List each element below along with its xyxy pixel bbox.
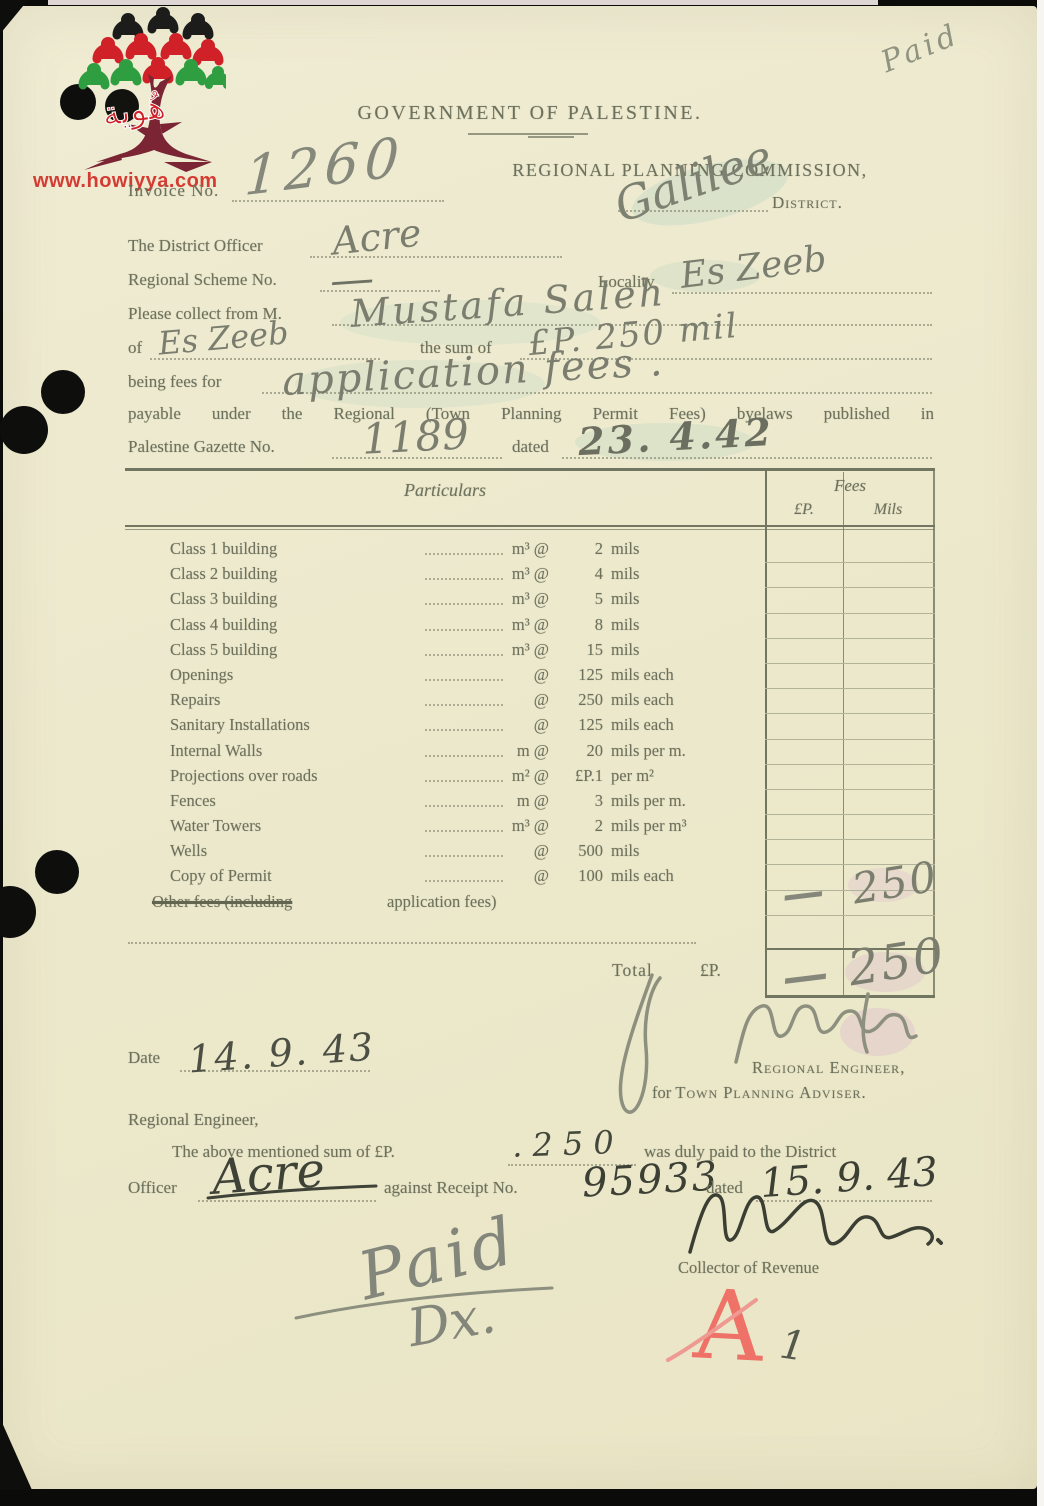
row-label: Class 1 building xyxy=(170,539,277,559)
table-row: Repairs@250mils each xyxy=(125,688,935,713)
invoice-label: Invoice No. xyxy=(128,181,219,201)
mils-header: Mils xyxy=(843,501,933,519)
row-dotted-leader xyxy=(425,568,503,580)
fees-pounds-cell xyxy=(765,713,843,739)
fees-pounds-cell xyxy=(765,814,843,840)
row-label: Class 3 building xyxy=(170,589,277,609)
fees-pounds-cell xyxy=(765,537,843,563)
fees-mils-cell xyxy=(843,663,935,689)
row-unit: m³ @ xyxy=(503,589,549,609)
row-label: Internal Walls xyxy=(170,741,262,761)
row-unit: m³ @ xyxy=(503,816,549,836)
fees-pounds-cell xyxy=(765,638,843,664)
fees-pounds-cell xyxy=(765,789,843,815)
fees-pounds-cell xyxy=(765,688,843,714)
row-rate-amount: 500 xyxy=(553,841,603,861)
row-rate-per: mils xyxy=(611,539,639,559)
row-dotted-leader xyxy=(425,845,503,857)
row-rate-per: mils xyxy=(611,841,639,861)
receipt-date-value: 15. 9. 43 xyxy=(759,1152,939,1204)
scheme-label: Regional Scheme No. xyxy=(128,270,277,290)
table-row: Class 5 buildingm³ @15mils xyxy=(125,638,935,663)
row-rate-per: mils each xyxy=(611,715,674,735)
row-dotted-leader xyxy=(425,770,503,782)
row-unit: m³ @ xyxy=(503,564,549,584)
row-rate-amount: 8 xyxy=(553,615,603,635)
row-rate-per: mils per m. xyxy=(611,791,686,811)
row-label: Projections over roads xyxy=(170,766,318,786)
fees-mils-cell xyxy=(843,814,935,840)
scan-edge-right-strip xyxy=(1037,0,1044,1506)
row-dotted-leader xyxy=(425,543,503,555)
row-dotted-leader xyxy=(425,669,503,681)
gazette-no-value: 1189 xyxy=(361,413,470,461)
row-unit: @ xyxy=(503,841,549,861)
punch-hole xyxy=(0,406,48,454)
row-dotted-leader xyxy=(425,719,503,731)
row-label: Sanitary Installations xyxy=(170,715,310,735)
officer-value: Acre xyxy=(210,1146,326,1202)
row-label: Other fees (including xyxy=(152,892,292,912)
row-dotted-leader xyxy=(425,745,503,757)
fees-mils-cell xyxy=(843,587,935,613)
howiyya-tree-logo: هُوية xyxy=(36,4,226,176)
row-dotted-leader xyxy=(425,593,503,605)
row-label: Openings xyxy=(170,665,233,685)
district-label: District. xyxy=(772,193,843,213)
table-header-underline-2 xyxy=(125,529,935,530)
table-row: Class 3 buildingm³ @5mils xyxy=(125,587,935,612)
table-row: Class 2 buildingm³ @4mils xyxy=(125,562,935,587)
row-label: Repairs xyxy=(170,690,220,710)
row-unit: @ xyxy=(503,665,549,685)
row-rate-per: mils per m³ xyxy=(611,816,687,836)
row-dotted-leader xyxy=(425,619,503,631)
table-row: Internal Wallsm @20mils per m. xyxy=(125,739,935,764)
row-unit: @ xyxy=(503,866,549,886)
row-unit: @ xyxy=(503,715,549,735)
row-label: Class 2 building xyxy=(170,564,277,584)
row-rate-amount: 5 xyxy=(553,589,603,609)
fees-mils-cell xyxy=(843,688,935,714)
receipt-no-value: 95933 xyxy=(581,1156,720,1203)
table-row: Fencesm @3mils per m. xyxy=(125,789,935,814)
fees-pounds-cell xyxy=(765,764,843,790)
table-row: Class 1 buildingm³ @2mils xyxy=(125,537,935,562)
paid-stamp-initials: Dx. xyxy=(404,1289,499,1355)
for-word: for xyxy=(652,1083,671,1102)
date-label: Date xyxy=(128,1048,160,1068)
row-rate-per: mils xyxy=(611,589,639,609)
table-row: Water Towersm³ @2mils per m³ xyxy=(125,814,935,839)
row-rate-per: mils xyxy=(611,615,639,635)
row-unit: @ xyxy=(503,690,549,710)
officer-label: Officer xyxy=(128,1178,177,1198)
row-dotted-leader xyxy=(425,644,503,656)
row-rate-per: mils xyxy=(611,564,639,584)
total-mils-value: 250 xyxy=(845,931,949,994)
row-rate-amount: 125 xyxy=(553,715,603,735)
row-label: Class 5 building xyxy=(170,640,277,660)
fees-pounds-cell xyxy=(765,663,843,689)
row-label: Class 4 building xyxy=(170,615,277,635)
punch-hole xyxy=(41,370,85,414)
total-currency-label: £P. xyxy=(700,960,721,981)
row-dotted-leader xyxy=(425,820,503,832)
logo-people-canopy xyxy=(83,7,226,85)
row-unit: m² @ xyxy=(503,766,549,786)
total-pounds-value: — xyxy=(779,949,830,1000)
row-rate-per: mils each xyxy=(611,866,674,886)
receipt-dated-label: dated xyxy=(706,1178,743,1198)
row-rate-amount: 20 xyxy=(553,741,603,761)
row-unit: m³ @ xyxy=(503,615,549,635)
gazette-date-value: 23. 4.42 xyxy=(577,413,775,461)
fees-mils-cell xyxy=(843,613,935,639)
fees-pounds-cell xyxy=(765,739,843,765)
fee-rows: Class 1 buildingm³ @2milsClass 2 buildin… xyxy=(125,537,935,915)
row-rate-amount: 3 xyxy=(553,791,603,811)
table-row: Wells@500mils xyxy=(125,839,935,864)
fees-pounds-cell xyxy=(765,839,843,865)
pounds-header: £P. xyxy=(765,501,843,519)
gazette-dated-label: dated xyxy=(512,437,549,457)
table-row: Openings@125mils each xyxy=(125,663,935,688)
row-rate-per: per m² xyxy=(611,766,654,786)
row-dotted-leader xyxy=(425,795,503,807)
table-row: Class 4 buildingm³ @8mils xyxy=(125,613,935,638)
for-adviser-line: for Town Planning Adviser. xyxy=(652,1083,867,1103)
other-fees-pounds-value: — xyxy=(780,870,827,917)
row-unit: m³ @ xyxy=(503,640,549,660)
receipt-label: against Receipt No. xyxy=(384,1178,518,1198)
fees-for-label: being fees for xyxy=(128,372,221,392)
row-label: Wells xyxy=(170,841,207,861)
row-dotted-leader xyxy=(425,694,503,706)
row-dotted-leader xyxy=(425,870,503,882)
total-label: Total xyxy=(612,960,653,981)
fees-mils-cell xyxy=(843,764,935,790)
table-top-border xyxy=(125,468,935,471)
punch-hole xyxy=(35,850,79,894)
district-officer-label: The District Officer xyxy=(128,236,263,256)
row-rate-amount: £P.1 xyxy=(553,766,603,786)
row-label: Fences xyxy=(170,791,216,811)
particulars-header: Particulars xyxy=(125,480,765,501)
row-rate-per: mils xyxy=(611,640,639,660)
fees-mils-cell xyxy=(843,537,935,563)
row-unit: m @ xyxy=(503,791,549,811)
row-rate-amount: 2 xyxy=(553,539,603,559)
row-label: Water Towers xyxy=(170,816,261,836)
fees-pounds-cell xyxy=(765,613,843,639)
red-letter-mark: A xyxy=(692,1276,766,1375)
fees-mils-cell xyxy=(843,713,935,739)
row-rate-amount: 100 xyxy=(553,866,603,886)
table-row: Projections over roadsm² @£P.1per m² xyxy=(125,764,935,789)
row-rate-amount: 250 xyxy=(553,690,603,710)
fees-mils-cell xyxy=(843,638,935,664)
of-label: of xyxy=(128,338,142,358)
fees-pounds-cell xyxy=(765,562,843,588)
row-rate-amount: 4 xyxy=(553,564,603,584)
fees-pounds-cell xyxy=(765,587,843,613)
row-rate-per: mils each xyxy=(611,690,674,710)
fees-mils-cell xyxy=(843,562,935,588)
row-label: Copy of Permit xyxy=(170,866,272,886)
row-rate-per: mils per m. xyxy=(611,741,686,761)
row-unit: m³ @ xyxy=(503,539,549,559)
engineer-salutation: Regional Engineer, xyxy=(128,1110,259,1130)
fees-header: Fees xyxy=(765,476,935,496)
row-label-tail: application fees) xyxy=(387,892,497,912)
row-rate-amount: 2 xyxy=(553,816,603,836)
empty-row-dotted xyxy=(128,930,696,944)
fees-mils-cell xyxy=(843,739,935,765)
page-title: GOVERNMENT OF PALESTINE. xyxy=(340,102,720,125)
table-header-underline xyxy=(125,525,935,527)
regional-engineer-caps: Regional Engineer, xyxy=(752,1058,905,1078)
row-rate-per: mils each xyxy=(611,665,674,685)
table-row: Sanitary Installations@125mils each xyxy=(125,713,935,738)
gazette-label: Palestine Gazette No. xyxy=(128,437,275,457)
adviser-caps: Town Planning Adviser. xyxy=(675,1083,866,1102)
row-unit: m @ xyxy=(503,741,549,761)
scanned-document: هُوية www.howiyya.com Paid GOVERNMENT OF… xyxy=(0,0,1044,1506)
paid-sum-value: . 2 5 0 xyxy=(511,1126,614,1162)
row-rate-amount: 15 xyxy=(553,640,603,660)
title-rule xyxy=(468,133,588,135)
payable-text: payable under the Regional (Town Plannin… xyxy=(128,404,934,424)
fees-mils-cell xyxy=(843,789,935,815)
row-rate-amount: 125 xyxy=(553,665,603,685)
title-rule-2 xyxy=(528,136,574,138)
